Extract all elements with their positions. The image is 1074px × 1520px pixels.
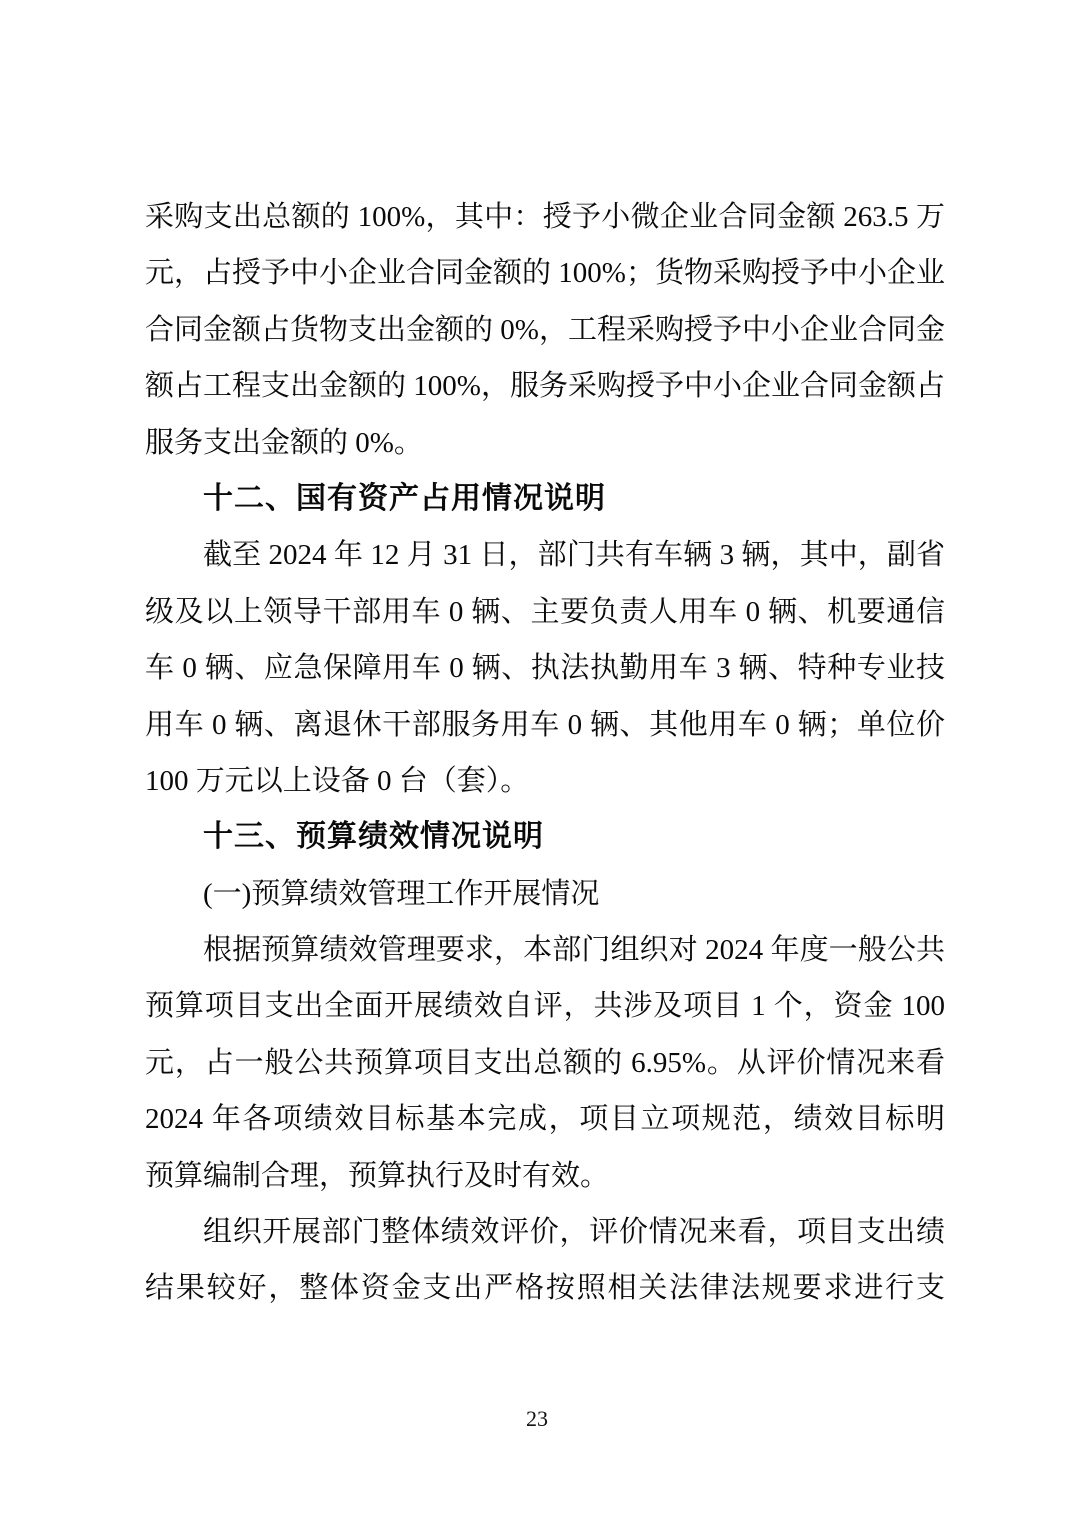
- body-line: 用车 0 辆、离退休干部服务用车 0 辆、其他用车 0 辆；单位价值: [145, 697, 945, 753]
- section-heading-12: 十二、国有资产占用情况说明: [145, 471, 945, 527]
- body-line: 组织开展部门整体绩效评价，评价情况来看，项目支出绩效: [145, 1204, 945, 1260]
- body-line: 元，占一般公共预算项目支出总额的 6.95%。从评价情况来看: [145, 1035, 945, 1091]
- body-line: 预算项目支出全面开展绩效自评，共涉及项目 1 个，资金 100 万: [145, 978, 945, 1034]
- page-number: 23: [0, 1403, 1074, 1435]
- body-line: 预算编制合理，预算执行及时有效。: [145, 1148, 945, 1204]
- document-page: 采购支出总额的 100%，其中：授予小微企业合同金额 263.5 万 元，占授予…: [0, 0, 1074, 1520]
- body-line: 级及以上领导干部用车 0 辆、主要负责人用车 0 辆、机要通信用: [145, 584, 945, 640]
- body-line: 合同金额占货物支出金额的 0%，工程采购授予中小企业合同金: [145, 302, 945, 358]
- document-body: 采购支出总额的 100%，其中：授予小微企业合同金额 263.5 万 元，占授予…: [145, 189, 945, 1317]
- body-line: 2024 年各项绩效目标基本完成，项目立项规范，绩效目标明确。: [145, 1091, 945, 1147]
- body-line: 服务支出金额的 0%。: [145, 415, 945, 471]
- section-heading-13: 十三、预算绩效情况说明: [145, 809, 945, 865]
- body-line: 车 0 辆、应急保障用车 0 辆、执法执勤用车 3 辆、特种专业技术: [145, 640, 945, 696]
- body-line: 结果较好，整体资金支出严格按照相关法律法规要求进行支出，: [145, 1260, 945, 1316]
- body-line: 截至 2024 年 12 月 31 日，部门共有车辆 3 辆，其中，副省: [145, 527, 945, 583]
- body-line: 元，占授予中小企业合同金额的 100%；货物采购授予中小企业: [145, 245, 945, 301]
- subsection-heading-13-1: (一)预算绩效管理工作开展情况: [145, 866, 945, 922]
- body-line: 100 万元以上设备 0 台（套）。: [145, 753, 945, 809]
- body-line: 额占工程支出金额的 100%，服务采购授予中小企业合同金额占: [145, 358, 945, 414]
- body-line: 根据预算绩效管理要求，本部门组织对 2024 年度一般公共: [145, 922, 945, 978]
- body-line: 采购支出总额的 100%，其中：授予小微企业合同金额 263.5 万: [145, 189, 945, 245]
